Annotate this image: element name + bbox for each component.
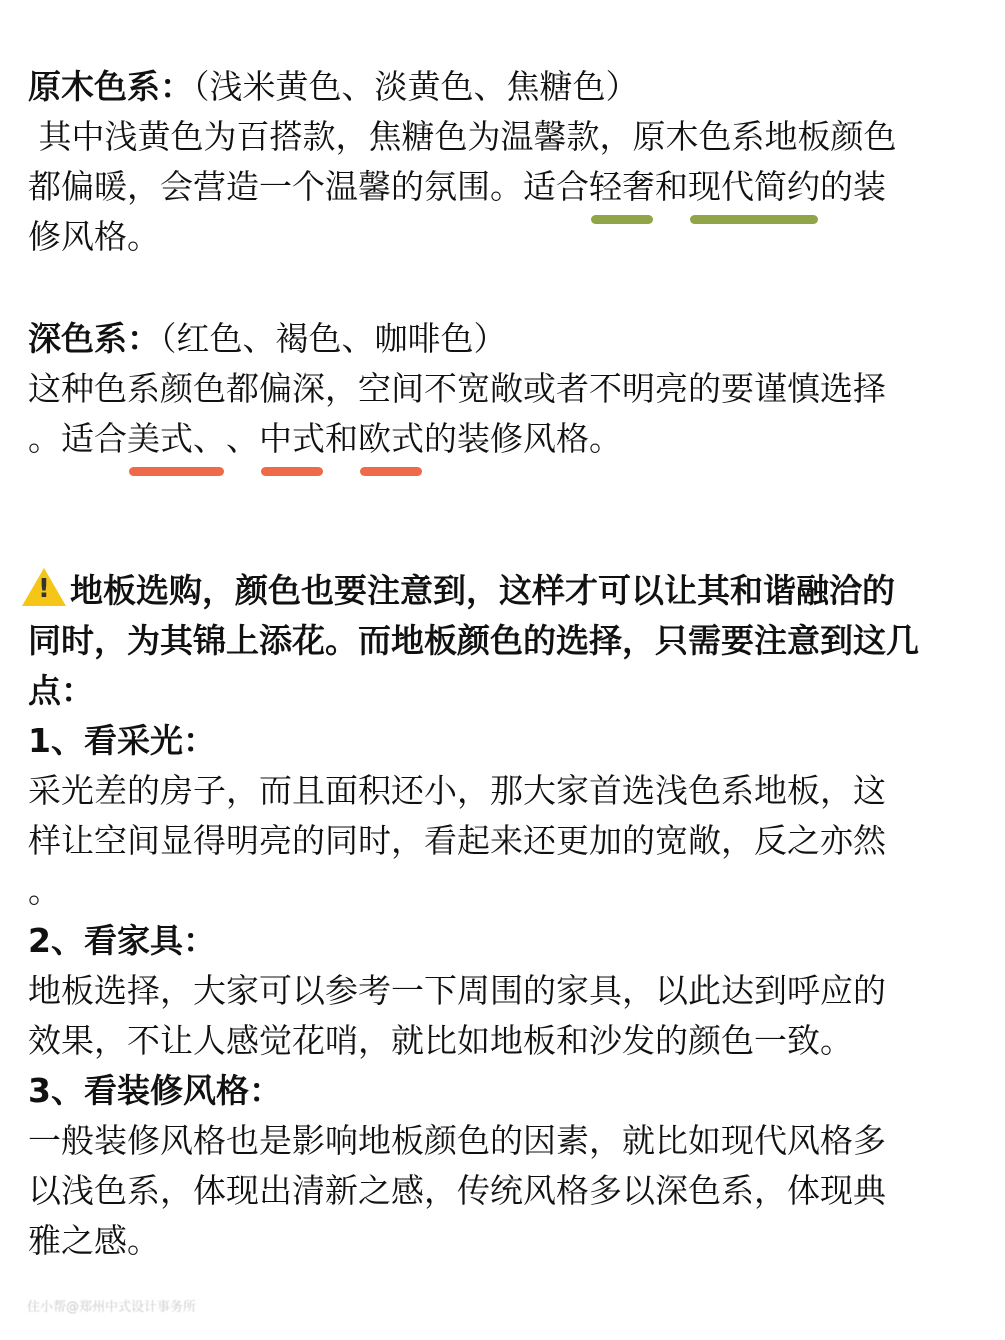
section-title: 深色系： bbox=[28, 319, 160, 358]
notice-line: 点： bbox=[28, 666, 978, 716]
section-subtitle: （红色、褐色、咖啡色） bbox=[160, 319, 507, 358]
point-heading-style: 3、看装修风格： bbox=[28, 1066, 978, 1116]
text-span: 、 bbox=[226, 419, 259, 458]
paragraph-line: 。 bbox=[28, 866, 978, 916]
paragraph-line: 地板选择，大家可以参考一下周围的家具，以此达到呼应的 bbox=[28, 966, 978, 1016]
text-span: 都偏暖，会营造一个温馨的氛围。适合 bbox=[28, 167, 589, 206]
point-heading-lighting: 1、看采光： bbox=[28, 716, 978, 766]
paragraph-line: 。适合美式、、中式和欧式的装修风格。 bbox=[28, 414, 978, 464]
section-dark-heading: 深色系：（红色、褐色、咖啡色） bbox=[28, 314, 978, 364]
highlight-light-luxury: 轻奢 bbox=[589, 162, 655, 212]
watermark: 住小帮@郑州中式设计事务所 bbox=[27, 1296, 196, 1315]
text-span: 的装修风格。 bbox=[424, 419, 622, 458]
notice-text: 地板选购，颜色也要注意到，这样才可以让其和谐融洽的 bbox=[70, 571, 895, 610]
text-span: 。适合 bbox=[28, 419, 127, 458]
paragraph-line: 其中浅黄色为百搭款，焦糖色为温馨款，原木色系地板颜色 bbox=[28, 112, 978, 162]
text-span: 和 bbox=[325, 419, 358, 458]
paragraph-line: 一般装修风格也是影响地板颜色的因素，就比如现代风格多 bbox=[28, 1116, 978, 1166]
paragraph-line: 以浅色系，体现出清新之感，传统风格多以深色系，体现典 bbox=[28, 1166, 978, 1216]
document-body: 原木色系：（浅米黄色、淡黄色、焦糖色） 其中浅黄色为百搭款，焦糖色为温馨款，原木… bbox=[28, 62, 978, 1266]
section-wood-heading: 原木色系：（浅米黄色、淡黄色、焦糖色） bbox=[28, 62, 978, 112]
text-span: 和 bbox=[655, 167, 688, 206]
point-heading-furniture: 2、看家具： bbox=[28, 916, 978, 966]
paragraph-line: 雅之感。 bbox=[28, 1216, 978, 1266]
warning-icon bbox=[22, 568, 66, 606]
highlight-american: 美式、 bbox=[127, 414, 226, 464]
notice-line: 地板选购，颜色也要注意到，这样才可以让其和谐融洽的 bbox=[22, 566, 978, 616]
highlight-chinese: 中式 bbox=[259, 414, 325, 464]
paragraph-line: 采光差的房子，而且面积还小，那大家首选浅色系地板，这 bbox=[28, 766, 978, 816]
text-span: 的装 bbox=[820, 167, 886, 206]
paragraph-line: 效果，不让人感觉花哨，就比如地板和沙发的颜色一致。 bbox=[28, 1016, 978, 1066]
highlight-european: 欧式 bbox=[358, 414, 424, 464]
paragraph-line: 这种色系颜色都偏深，空间不宽敞或者不明亮的要谨慎选择 bbox=[28, 364, 978, 414]
highlight-modern-minimal: 现代简约 bbox=[688, 162, 820, 212]
paragraph-line: 都偏暖，会营造一个温馨的氛围。适合轻奢和现代简约的装 bbox=[28, 162, 978, 212]
section-subtitle: （浅米黄色、淡黄色、焦糖色） bbox=[193, 67, 639, 106]
section-title: 原木色系： bbox=[28, 67, 193, 106]
notice-line: 同时，为其锦上添花。而地板颜色的选择，只需要注意到这几 bbox=[28, 616, 978, 666]
paragraph-line: 样让空间显得明亮的同时，看起来还更加的宽敞，反之亦然 bbox=[28, 816, 978, 866]
paragraph-line: 修风格。 bbox=[28, 212, 978, 262]
